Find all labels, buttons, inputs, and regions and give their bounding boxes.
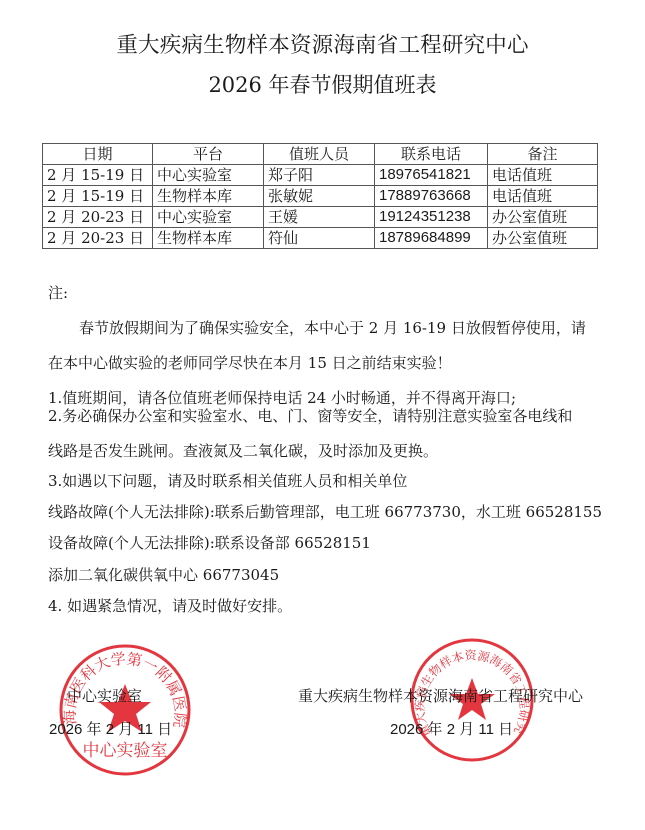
cell-phone: 18789684899 <box>375 228 488 249</box>
cell-staff: 张敏妮 <box>264 186 375 207</box>
note-line: 设备故障(个人无法排除):联系设备部 66528151 <box>48 532 371 553</box>
left-signature-date: 2026 年 2 月 11 日 <box>49 718 172 739</box>
cell-phone: 17889763668 <box>375 186 488 207</box>
left-signature-org: 中心实验室 <box>67 685 142 706</box>
cell-phone: 19124351238 <box>375 207 488 228</box>
note-line: 线路是否发生跳闸。查液氮及二氧化碳，及时添加及更换。 <box>48 440 438 461</box>
note-line: 线路故障(个人无法排除):联系后勤管理部，电工班 66773730，水工班 66… <box>48 501 602 522</box>
cell-platform: 中心实验室 <box>153 207 264 228</box>
cell-date: 2 月 15-19 日 <box>43 165 153 186</box>
right-signature-date: 2026 年 2 月 11 日 <box>390 718 513 739</box>
cell-note: 办公室值班 <box>488 207 598 228</box>
table-header-row: 日期 平台 值班人员 联系电话 备注 <box>43 144 598 165</box>
document-title: 重大疾病生物样本资源海南省工程研究中心 <box>0 28 645 59</box>
cell-platform: 生物样本库 <box>153 228 264 249</box>
note-line: 在本中心做实验的老师同学尽快在本月 15 日之前结束实验！ <box>48 352 452 373</box>
cell-note: 电话值班 <box>488 186 598 207</box>
notes-label: 注: <box>48 282 68 303</box>
cell-phone: 18976541821 <box>375 165 488 186</box>
table-row: 2 月 20-23 日 中心实验室 王媛 19124351238 办公室值班 <box>43 207 598 228</box>
duty-roster-table: 日期 平台 值班人员 联系电话 备注 2 月 15-19 日 中心实验室 郑子阳… <box>42 143 598 249</box>
cell-platform: 中心实验室 <box>153 165 264 186</box>
column-header-platform: 平台 <box>153 144 264 165</box>
right-signature-org: 重大疾病生物样本资源海南省工程研究中心 <box>298 685 583 706</box>
column-header-date: 日期 <box>43 144 153 165</box>
note-line: 春节放假期间为了确保实验安全，本中心于 2 月 16-19 日放假暂停使用，请 <box>79 317 586 338</box>
cell-date: 2 月 20-23 日 <box>43 228 153 249</box>
note-line: 3.如遇以下问题，请及时联系相关值班人员和相关单位 <box>48 470 407 491</box>
left-stamp-bottom-text: 中心实验室 <box>83 741 168 761</box>
column-header-note: 备注 <box>488 144 598 165</box>
cell-note: 电话值班 <box>488 165 598 186</box>
cell-date: 2 月 15-19 日 <box>43 186 153 207</box>
cell-staff: 符仙 <box>264 228 375 249</box>
note-line: 2.务必确保办公室和实验室水、电、门、窗等安全，请特别注意实验室各电线和 <box>48 405 572 426</box>
cell-date: 2 月 20-23 日 <box>43 207 153 228</box>
document-subtitle: 2026 年春节假期值班表 <box>0 69 645 99</box>
column-header-phone: 联系电话 <box>375 144 488 165</box>
column-header-staff: 值班人员 <box>264 144 375 165</box>
left-seal-stamp-icon: 海南医科大学第一附属医院 中心实验室 <box>55 640 195 780</box>
table-row: 2 月 20-23 日 生物样本库 符仙 18789684899 办公室值班 <box>43 228 598 249</box>
note-line: 4. 如遇紧急情况，请及时做好安排。 <box>48 595 292 616</box>
note-line: 添加二氧化碳供氧中心 66773045 <box>48 564 279 585</box>
cell-staff: 王媛 <box>264 207 375 228</box>
table-row: 2 月 15-19 日 中心实验室 郑子阳 18976541821 电话值班 <box>43 165 598 186</box>
cell-note: 办公室值班 <box>488 228 598 249</box>
cell-platform: 生物样本库 <box>153 186 264 207</box>
table-row: 2 月 15-19 日 生物样本库 张敏妮 17889763668 电话值班 <box>43 186 598 207</box>
cell-staff: 郑子阳 <box>264 165 375 186</box>
